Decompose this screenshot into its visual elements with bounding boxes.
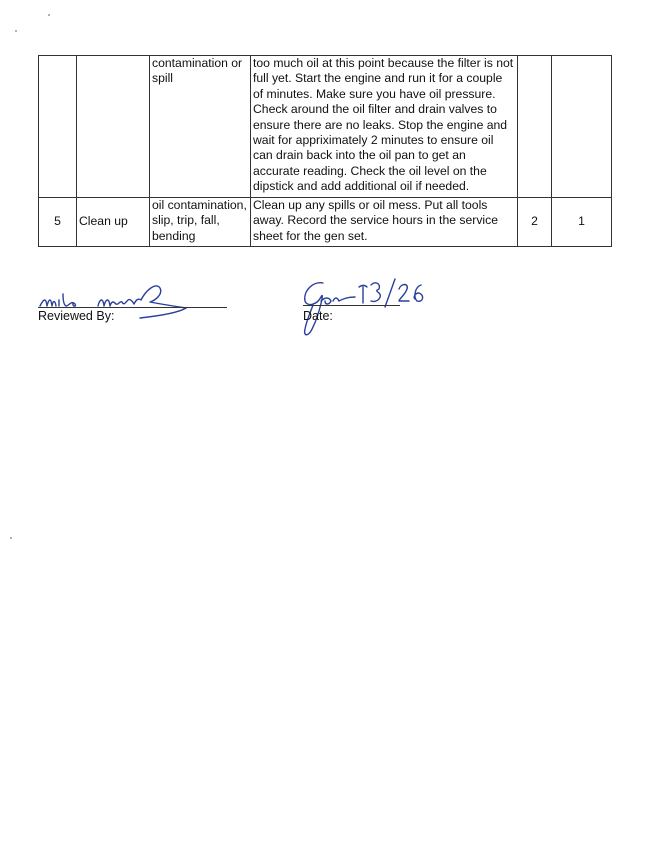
procedure-cell: too much oil at this point because the f…: [251, 56, 518, 198]
date-line: [303, 305, 400, 306]
scan-speck: [15, 30, 17, 32]
reviewed-by-line: [38, 307, 227, 308]
hazard-cell: contamination or spill: [150, 56, 251, 198]
scan-speck: [48, 14, 50, 16]
hazard-cell: oil contamination, slip, trip, fall, ben…: [150, 198, 251, 247]
step-cell: [39, 56, 77, 198]
reviewed-by-label: Reviewed By:: [38, 309, 114, 323]
table-row: contamination or spill too much oil at t…: [39, 56, 612, 198]
task-cell: [77, 56, 150, 198]
step-cell: 5: [39, 198, 77, 247]
rating-b-cell: 1: [552, 198, 612, 247]
job-hazard-table: contamination or spill too much oil at t…: [38, 55, 612, 247]
table-row: 5 Clean up oil contamination, slip, trip…: [39, 198, 612, 247]
task-cell: Clean up: [77, 198, 150, 247]
scan-speck: [10, 537, 12, 539]
rating-a-cell: 2: [518, 198, 552, 247]
procedure-cell: Clean up any spills or oil mess. Put all…: [251, 198, 518, 247]
rating-b-cell: [552, 56, 612, 198]
rating-a-cell: [518, 56, 552, 198]
date-label: Date:: [303, 309, 333, 323]
